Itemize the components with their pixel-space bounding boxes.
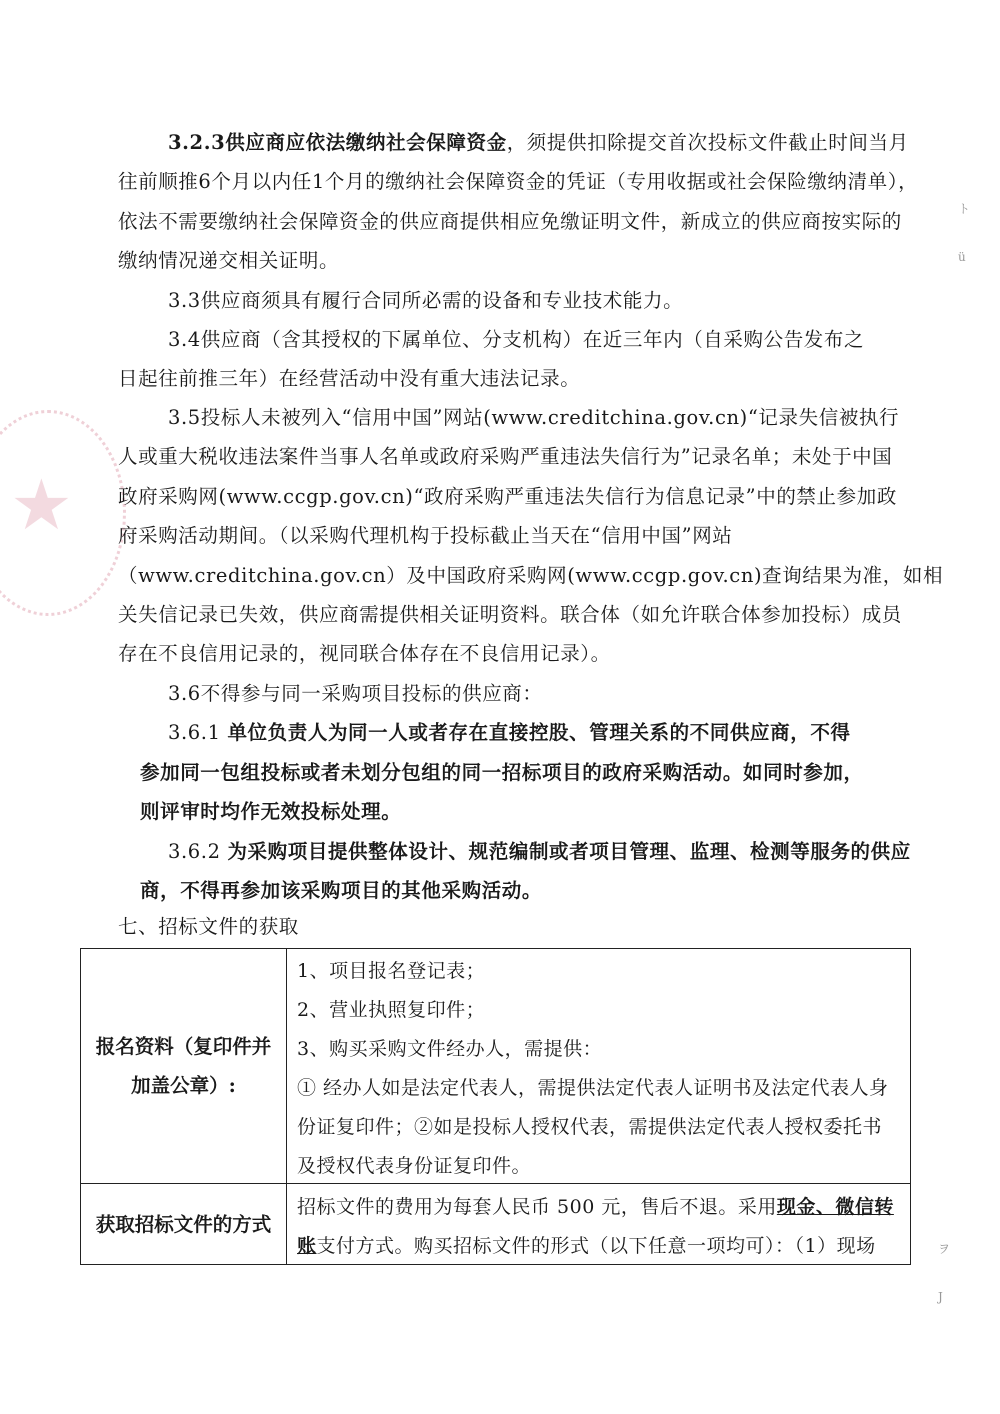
- margin-mark: ヲ: [938, 1240, 950, 1257]
- paragraph-3-2-3-line-1: 3.2.3供应商应依法缴纳社会保障资金，须提供扣除提交首次投标文件截止时间当月: [168, 131, 968, 155]
- margin-mark: ü: [958, 250, 966, 264]
- margin-mark: ト: [958, 200, 970, 217]
- paragraph-3-6-1-line-1: 3.6.1 单位负责人为同一人或者存在直接控股、管理关系的不同供应商，不得: [168, 721, 968, 745]
- paragraph-3-6-2-number: 3.6.2: [168, 840, 221, 863]
- acquisition-method-line-2: 账支付方式。购买招标文件的形式（以下任意一项均可）：（1）现场: [297, 1234, 876, 1258]
- paragraph-3-6-1-line-3: 则评审时均作无效投标处理。: [140, 800, 940, 824]
- table-column-divider: [286, 949, 287, 1264]
- paragraph-3-2-3-line-4: 缴纳情况递交相关证明。: [118, 249, 918, 273]
- paragraph-3-6-1-number: 3.6.1: [168, 721, 221, 744]
- paragraph-3-5-line-2: 人或重大税收违法案件当事人名单或政府采购严重违法失信行为”记录名单；未处于中国: [118, 445, 918, 469]
- paragraph-3-6-2-text: 为采购项目提供整体设计、规范编制或者项目管理、监理、检测等服务的供应: [227, 840, 910, 863]
- paragraph-3-6-1-text: 单位负责人为同一人或者存在直接控股、管理关系的不同供应商，不得: [227, 721, 850, 744]
- margin-mark: J: [938, 1290, 943, 1304]
- registration-item-3: 3、购买采购文件经办人，需提供：: [297, 1037, 602, 1061]
- paragraph-3-5-line-7: 存在不良信用记录的，视同联合体存在不良信用记录）。: [118, 642, 918, 666]
- table-row-label-registration: 报名资料（复印件并 加盖公章）:: [81, 1027, 286, 1105]
- paragraph-3-6-1-line-2: 参加同一包组投标或者未划分包组的同一招标项目的政府采购活动。如同时参加，: [140, 761, 940, 785]
- registration-item-1: 1、项目报名登记表；: [297, 959, 485, 983]
- paragraph-3-6-2-line-2: 商，不得再参加该采购项目的其他采购活动。: [140, 879, 940, 903]
- seal-star-icon: ★: [10, 470, 73, 540]
- section-7-heading: 七、招标文件的获取: [118, 915, 918, 939]
- acquisition-method-form-text: 支付方式。购买招标文件的形式（以下任意一项均可）：（1）现场: [317, 1235, 876, 1257]
- document-acquisition-table: 报名资料（复印件并 加盖公章）: 1、项目报名登记表； 2、营业执照复印件； 3…: [80, 948, 911, 1265]
- registration-item-2: 2、营业执照复印件；: [297, 998, 485, 1022]
- paragraph-3-6: 3.6不得参与同一采购项目投标的供应商：: [168, 682, 968, 706]
- table-row-divider: [81, 1183, 910, 1184]
- paragraph-3-4-line-2: 日起往前推三年）在经营活动中没有重大违法记录。: [118, 367, 918, 391]
- paragraph-3-5-line-4: 府采购活动期间。（以采购代理机构于投标截止当天在“信用中国”网站: [118, 524, 918, 548]
- acquisition-method-fee-text: 招标文件的费用为每套人民币 500 元，售后不退。采用: [297, 1196, 777, 1218]
- registration-label-line-2: 加盖公章）:: [81, 1066, 286, 1105]
- paragraph-3-4-line-1: 3.4供应商（含其授权的下属单位、分支机构）在近三年内（自采购公告发布之: [168, 328, 968, 352]
- paragraph-3-2-3-line-3: 依法不需要缴纳社会保障资金的供应商提供相应免缴证明文件，新成立的供应商按实际的: [118, 210, 918, 234]
- paragraph-3-3: 3.3供应商须具有履行合同所必需的设备和专业技术能力。: [168, 289, 968, 313]
- paragraph-3-2-3-line-2: 往前顺推6个月以内任1个月的缴纳社会保障资金的凭证（专用收据或社会保险缴纳清单）…: [118, 170, 918, 194]
- table-row-label-acquisition-method: 获取招标文件的方式: [81, 1205, 286, 1244]
- registration-item-3-detail-line-2: 份证复印件；②如是投标人授权代表，需提供法定代表人授权委托书: [297, 1115, 882, 1139]
- payment-method-highlight: 现金、微信转: [777, 1196, 894, 1218]
- paragraph-3-2-3-bold-lead: 3.2.3供应商应依法缴纳社会保障资金: [168, 131, 507, 154]
- paragraph-3-6-2-line-1: 3.6.2 为采购项目提供整体设计、规范编制或者项目管理、监理、检测等服务的供应: [168, 840, 968, 864]
- registration-item-3-detail-line-3: 及授权代表身份证复印件。: [297, 1154, 531, 1178]
- paragraph-3-5-line-3: 政府采购网(www.ccgp.gov.cn)“政府采购严重违法失信行为信息记录”…: [118, 485, 918, 509]
- document-page: ★ ト ü ヲ J 3.2.3供应商应依法缴纳社会保障资金，须提供扣除提交首次投…: [0, 0, 1000, 1414]
- paragraph-3-5-line-5: （www.creditchina.gov.cn）及中国政府采购网(www.ccg…: [118, 564, 918, 588]
- acquisition-method-line-1: 招标文件的费用为每套人民币 500 元，售后不退。采用现金、微信转: [297, 1195, 894, 1219]
- paragraph-3-5-line-6: 关失信记录已失效，供应商需提供相关证明资料。联合体（如允许联合体参加投标）成员: [118, 603, 918, 627]
- registration-item-3-detail-line-1: ① 经办人如是法定代表人，需提供法定代表人证明书及法定代表人身: [297, 1076, 889, 1100]
- paragraph-3-5-line-1: 3.5投标人未被列入“信用中国”网站(www.creditchina.gov.c…: [168, 406, 968, 430]
- payment-method-highlight-cont: 账: [297, 1235, 317, 1257]
- paragraph-3-2-3-text: ，须提供扣除提交首次投标文件截止时间当月: [507, 131, 909, 154]
- registration-label-line-1: 报名资料（复印件并: [81, 1027, 286, 1066]
